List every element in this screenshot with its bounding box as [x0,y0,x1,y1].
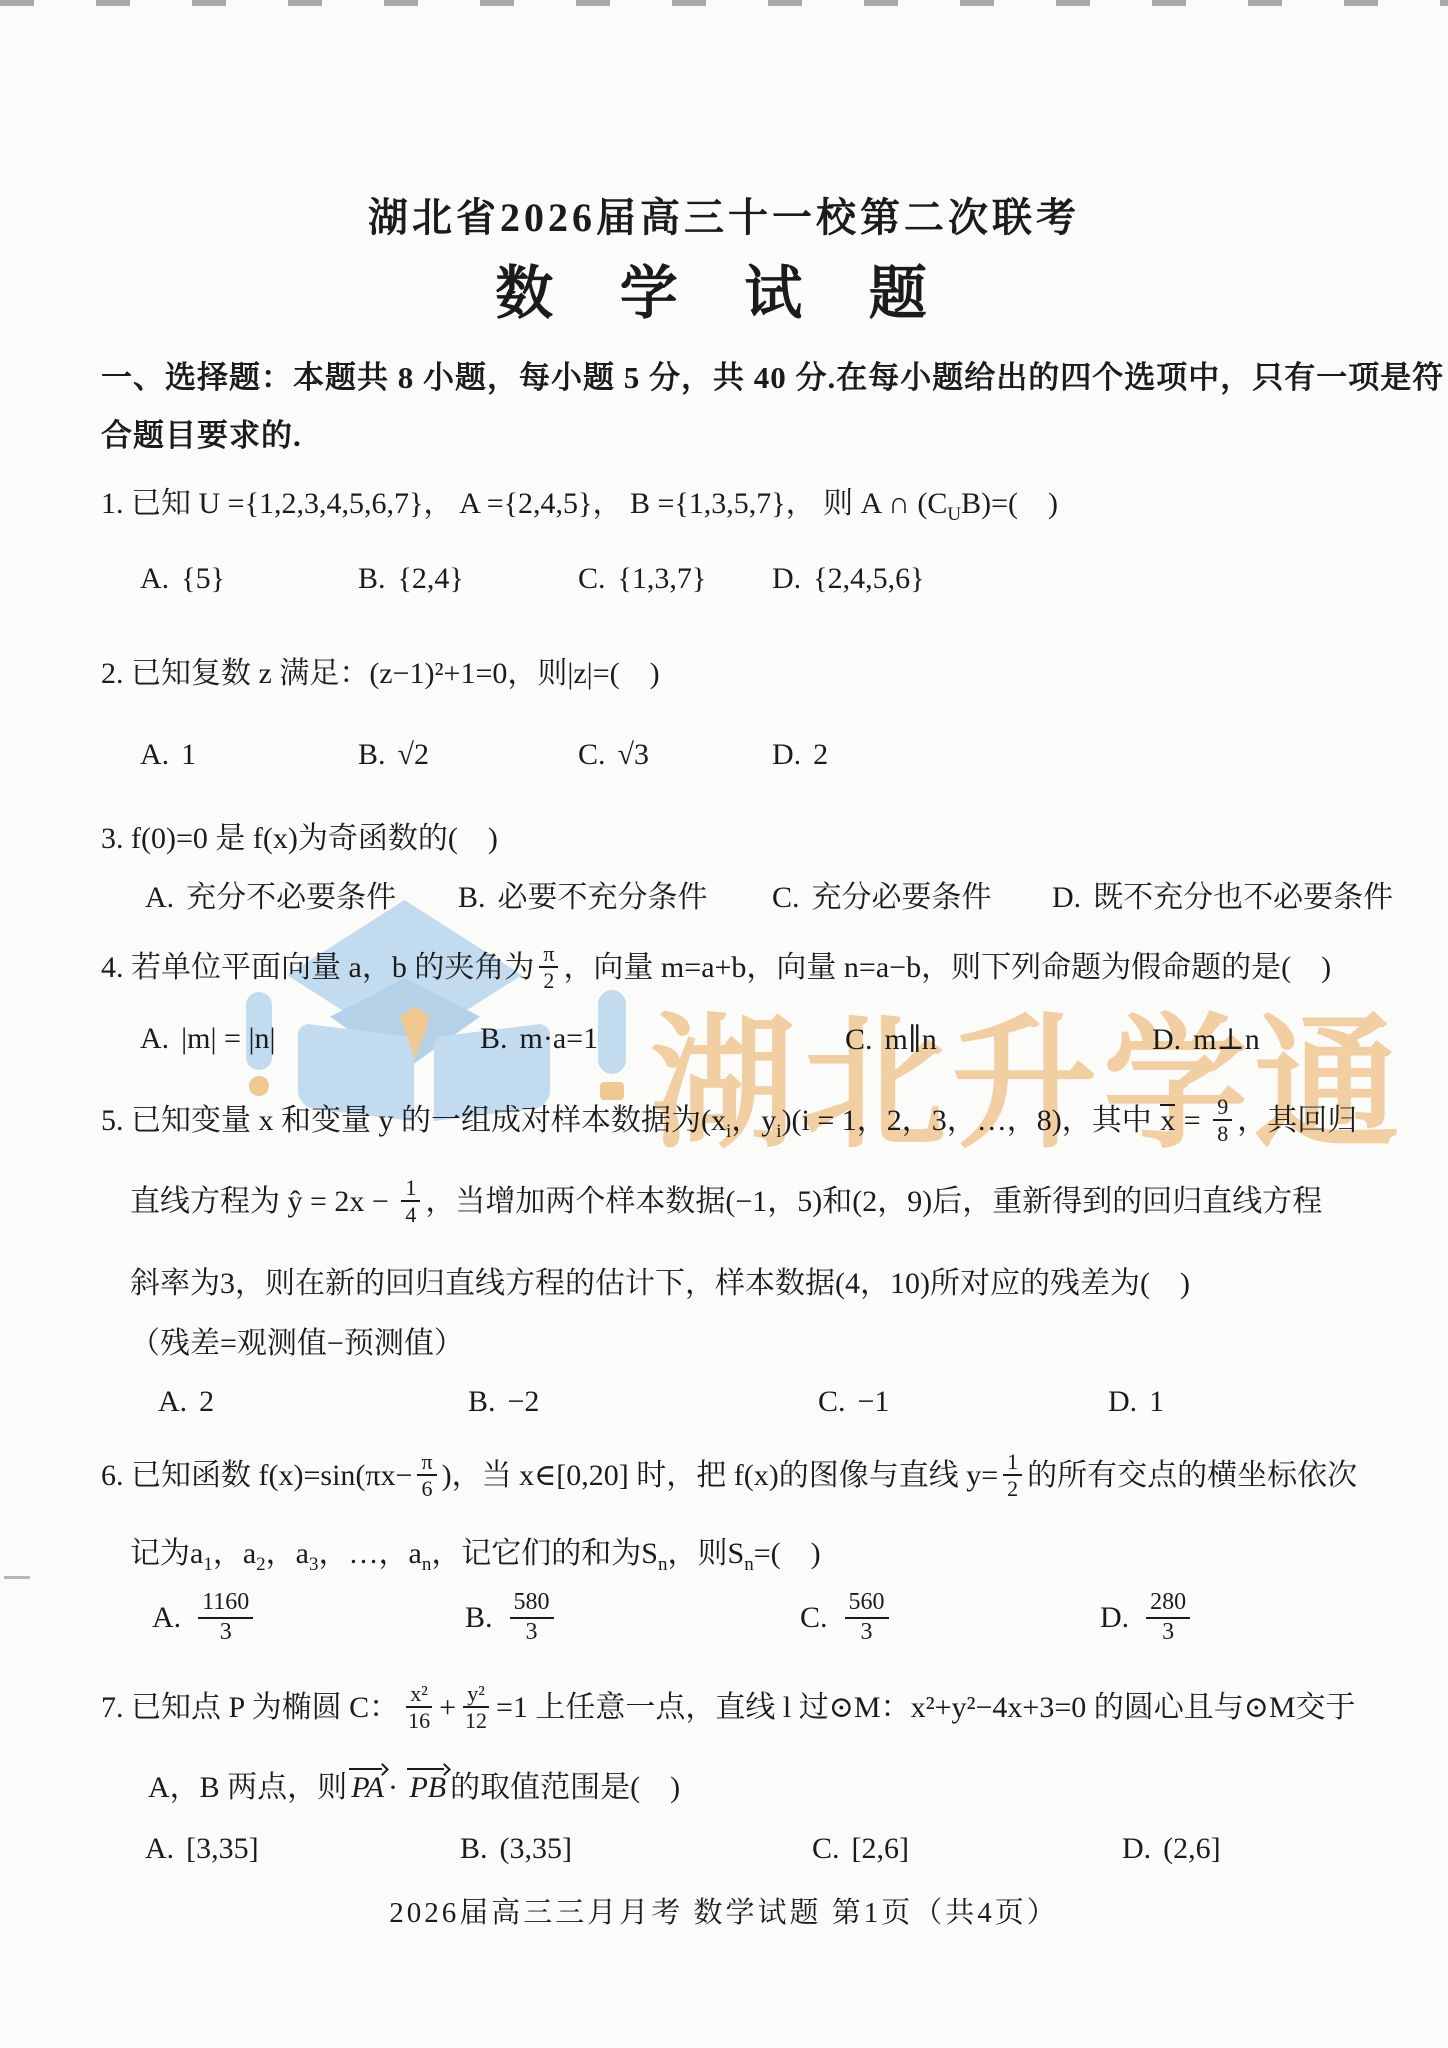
option-label: A. [152,1601,181,1634]
subscript-n: n [422,1554,432,1575]
option-label: C. [578,738,606,771]
vector-PA: PA [347,1768,388,1805]
stem-text: ，y [731,1104,776,1137]
q2-option-c: C.√3 [578,738,649,772]
q1-option-a: A.{5} [140,562,225,596]
page-footer: 2026届高三三月月考 数学试题 第1页（共4页） [0,1890,1448,1931]
stem-text: =1 上任意一点，直线 l 过⊙M：x²+y²−4x+3=0 的圆心且与⊙M交于 [496,1691,1356,1724]
option-label: B. [468,1385,496,1418]
question-7-stem-line1: 7. 已知点 P 为椭圆 C：x²16+y²12=1 上任意一点，直线 l 过⊙… [101,1682,1356,1736]
q6-option-d: D.2803 [1100,1592,1195,1649]
option-value: {5} [181,562,225,595]
stem-text: ，记它们的和为S [431,1537,658,1570]
option-label: D. [1108,1385,1137,1418]
section-heading-line1: 一、选择题：本题共 8 小题，每小题 5 分，共 40 分.在每小题给出的四个选… [101,352,1444,397]
fraction-pi-2: π2 [539,941,558,994]
option-label: A. [140,1022,169,1055]
stem-text: = [1176,1104,1208,1137]
question-1-stem-text-end: B)=( ) [961,487,1058,520]
question-4-stem-text: 4. 若单位平面向量 a，b 的夹角为 [101,951,534,984]
q3-option-a: A.充分不必要条件 [145,872,396,916]
question-3-options: A.充分不必要条件 B.必要不充分条件 C.充分必要条件 D.既不充分也不必要条… [0,872,1448,920]
option-value: 必要不充分条件 [498,881,708,914]
section-heading-line2: 合题目要求的. [101,410,302,455]
scan-artifact-top [0,0,1448,6]
option-label: A. [158,1385,187,1418]
option-label: A. [145,881,174,914]
dot-operator: · [388,1771,398,1804]
question-5-options: A.2 B.−2 C.−1 D.1 [0,1385,1448,1433]
paper-title: 湖北省2026届高三十一校第二次联考 [0,186,1448,243]
option-label: A. [145,1832,174,1865]
question-7-options: A.[3,35] B.(3,35] C.[2,6] D.(2,6] [0,1832,1448,1880]
question-4-stem-text-end: ，向量 m=a+b，向量 n=a−b，则下列命题为假命题的是( ) [563,951,1331,984]
q1-option-c: C.{1,3,7} [578,562,706,596]
option-value: [3,35] [186,1832,258,1865]
option-label: D. [1100,1601,1129,1634]
question-1-options: A.{5} B.{2,4} C.{1,3,7} D.{2,4,5,6} [0,562,1448,610]
q4-option-c: C.m∥n [845,1022,937,1057]
option-value: [2,6] [852,1832,909,1865]
q5-option-b: B.−2 [468,1385,539,1419]
option-label: D. [1052,881,1081,914]
fraction-560-3: 5603 [845,1589,889,1646]
question-2-stem: 2. 已知复数 z 满足：(z−1)²+1=0，则|z|=( ) [101,648,660,692]
stem-text: ，当增加两个样本数据(−1，5)和(2，9)后，重新得到的回归直线方程 [425,1185,1322,1218]
option-label: C. [845,1023,873,1056]
option-value: 既不充分也不必要条件 [1093,881,1393,914]
stem-text: 的所有交点的横坐标依次 [1027,1459,1357,1492]
stem-text: 5. 已知变量 x 和变量 y 的一组成对样本数据为(x [101,1104,726,1137]
vector-PB: PB [405,1768,450,1805]
option-label: D. [772,738,801,771]
q6-option-b: B.5803 [465,1592,559,1649]
option-value: 充分必要条件 [812,881,992,914]
q4-option-a: A.|m| = |n| [140,1022,275,1056]
fraction-x2-16: x²16 [404,1681,434,1734]
stem-text: ，其回归 [1237,1104,1357,1137]
stem-text: ，a [266,1537,309,1570]
question-5-stem-line3: 斜率为3，则在新的回归直线方程的估计下，样本数据(4，10)所对应的残差为( ) [130,1258,1190,1302]
stem-text: )，当 x∈[0,20] 时，把 f(x)的图像与直线 y= [442,1459,999,1492]
option-value: {2,4} [398,562,464,595]
paper-subject-title: 数 学 试 题 [0,246,1448,330]
subscript-n: n [744,1554,754,1575]
option-label: B. [358,562,386,595]
stem-text: 的取值范围是( ) [450,1771,680,1804]
option-label: B. [458,881,486,914]
fraction-280-3: 2803 [1146,1589,1190,1646]
stem-text: 记为a [130,1537,203,1570]
q4-option-b: B.m·a=1 [480,1022,598,1056]
option-value: √2 [398,738,429,771]
option-value: 1 [181,738,196,771]
stem-text: )(i = 1，2，3，…，8)，其中 [782,1104,1160,1137]
option-value: (3,35] [500,1832,572,1865]
question-6-stem-line2: 记为a1，a2，a3，…，an，记它们的和为Sn，则Sn=( ) [130,1528,821,1576]
q7-option-d: D.(2,6] [1122,1832,1221,1866]
option-value: 1 [1149,1385,1164,1418]
fraction-1160-3: 11603 [198,1589,253,1646]
q6-option-c: C.5603 [800,1592,894,1649]
subscript-U: U [947,504,961,525]
q2-option-d: D.2 [772,738,828,772]
q2-option-b: B.√2 [358,738,429,772]
q3-option-c: C.充分必要条件 [772,872,992,916]
scan-artifact-left [4,1576,30,1579]
fraction-580-3: 5803 [510,1589,554,1646]
option-value: {1,3,7} [618,562,707,595]
question-1-stem-text: 1. 已知 U ={1,2,3,4,5,6,7}， A ={2,4,5}， B … [101,487,947,520]
option-label: C. [772,881,800,914]
option-label: C. [818,1385,846,1418]
question-2-options: A.1 B.√2 C.√3 D.2 [0,738,1448,786]
q2-option-a: A.1 [140,738,196,772]
option-label: D. [1122,1832,1151,1865]
option-value: −1 [858,1385,890,1418]
option-value: −2 [508,1385,540,1418]
option-value: m·a=1 [520,1022,599,1055]
subscript-n: n [658,1554,668,1575]
option-value: m∥n [885,1023,937,1056]
q7-option-b: B.(3,35] [460,1832,572,1866]
subscript-1: 1 [203,1554,213,1575]
option-value: {2,4,5,6} [813,562,924,595]
option-label: D. [1152,1023,1181,1056]
question-5-note: （残差=观测值−预测值） [130,1318,464,1362]
exam-paper-page: 湖北升学通 湖北省2026届高三十一校第二次联考 数 学 试 题 一、选择题：本… [0,0,1448,2048]
fraction-pi-6: π6 [417,1449,436,1502]
option-label: C. [800,1601,828,1634]
option-label: C. [578,562,606,595]
question-4-options: A.|m| = |n| B.m·a=1 C.m∥n D.m⊥n [0,1022,1448,1070]
q7-option-c: C.[2,6] [812,1832,909,1866]
q7-option-a: A.[3,35] [145,1832,259,1866]
stem-text: ，则S [668,1537,745,1570]
option-label: D. [772,562,801,595]
q1-option-b: B.{2,4} [358,562,464,596]
question-3-stem: 3. f(0)=0 是 f(x)为奇函数的( ) [101,813,498,857]
q3-option-d: D.既不充分也不必要条件 [1052,872,1393,916]
option-label: A. [140,738,169,771]
fraction-9-8: 98 [1213,1094,1232,1147]
question-1-stem: 1. 已知 U ={1,2,3,4,5,6,7}， A ={2,4,5}， B … [101,478,1058,526]
q5-option-c: C.−1 [818,1385,889,1419]
option-value: 2 [813,738,828,771]
question-6-stem-line1: 6. 已知函数 f(x)=sin(πx−π6)，当 x∈[0,20] 时，把 f… [101,1450,1357,1504]
stem-text: 7. 已知点 P 为椭圆 C： [101,1691,399,1724]
stem-text: =( ) [754,1537,821,1570]
option-value: √3 [618,738,649,771]
q3-option-b: B.必要不充分条件 [458,872,708,916]
option-value: (2,6] [1163,1832,1220,1865]
option-label: B. [358,738,386,771]
q4-option-d: D.m⊥n [1152,1022,1260,1057]
fraction-y2-12: y²12 [461,1681,491,1734]
option-value: |m| = |n| [181,1022,275,1055]
stem-text: ，…，a [318,1537,421,1570]
stem-text: A，B 两点，则 [148,1771,347,1804]
option-label: A. [140,562,169,595]
option-label: C. [812,1832,840,1865]
watermark-logo-tassel-dot-icon [249,1076,269,1096]
option-label: B. [460,1832,488,1865]
q1-option-d: D.{2,4,5,6} [772,562,924,596]
q5-option-d: D.1 [1108,1385,1164,1419]
option-value: 2 [199,1385,214,1418]
fraction-1-2: 12 [1003,1449,1022,1502]
option-value: 充分不必要条件 [186,881,396,914]
question-6-options: A.11603 B.5803 C.5603 D.2803 [0,1592,1448,1640]
question-7-stem-line2: A，B 两点，则PA· PB的取值范围是( ) [148,1762,680,1806]
stem-text: ，a [213,1537,256,1570]
stem-text: 直线方程为 ŷ = 2x − [130,1185,396,1218]
question-5-stem-line2: 直线方程为 ŷ = 2x − 14，当增加两个样本数据(−1，5)和(2，9)后… [130,1176,1322,1230]
q6-option-a: A.11603 [152,1592,258,1649]
option-value: m⊥n [1193,1023,1260,1056]
stem-text: + [439,1691,456,1724]
x-bar: x [1159,1104,1176,1138]
option-label: B. [480,1022,508,1055]
subscript-2: 2 [256,1554,266,1575]
question-4-stem: 4. 若单位平面向量 a，b 的夹角为π2，向量 m=a+b，向量 n=a−b，… [101,942,1331,996]
question-5-stem-line1: 5. 已知变量 x 和变量 y 的一组成对样本数据为(xi，yi)(i = 1，… [101,1095,1357,1149]
option-label: B. [465,1601,493,1634]
fraction-1-4: 14 [401,1175,420,1228]
q5-option-a: A.2 [158,1385,214,1419]
stem-text: 6. 已知函数 f(x)=sin(πx− [101,1459,412,1492]
